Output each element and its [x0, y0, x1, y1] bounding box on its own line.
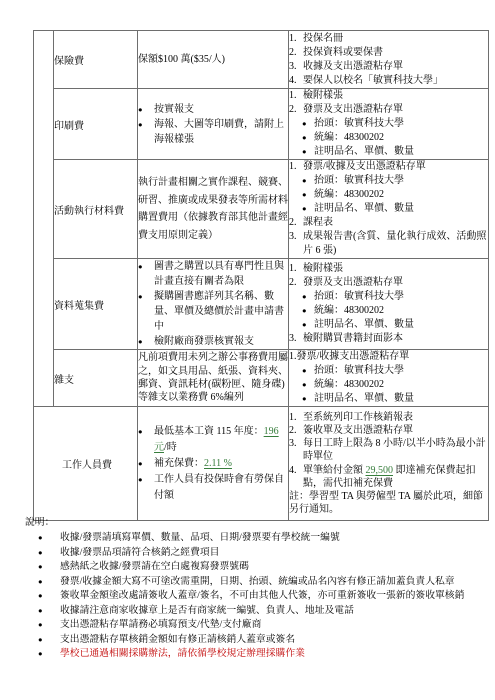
text-segment: 最低基本工資 115 年度： — [154, 426, 264, 437]
item-text: 註明品名、單價、數量 — [314, 392, 488, 406]
bullet-item: ●補充保費：2.11 % — [138, 456, 288, 472]
bullet-icon: ● — [38, 589, 60, 604]
category-cell: 保險費 — [54, 31, 138, 89]
text-segment: 註明品名、單價、數量 — [314, 393, 414, 404]
item-text: 擬購圖書應詳列其名稱、數量、單價及總價於計畫申請書中 — [154, 289, 288, 334]
category-cell: 雜支 — [54, 350, 138, 407]
item-number: 2. — [289, 46, 303, 60]
notes-item-text: 收據/發票品項請符合核銷之經費項目 — [60, 546, 488, 561]
bullet-icon: ● — [138, 117, 154, 132]
numbered-item: 1.發票/收據及支出憑證粘存單 — [289, 160, 488, 174]
notes-item-text: 簽收單金額塗改處請簽收人蓋章/簽名，不可由其他人代簽，亦可重新簽收一張新的簽收單… — [60, 589, 488, 604]
text-segment: 發票及支出憑證粘存單 — [303, 104, 403, 115]
notes-item-text: 收據請注意商家收據章上是否有商家統一編號、負責人、地址及電話 — [60, 604, 488, 619]
numbered-item: 1.檢附樣張 — [289, 89, 488, 103]
category-cell: 印刷費 — [54, 89, 138, 160]
item-number: 4. — [289, 464, 303, 477]
text-line: 1.發票/收據支出憑證粘存單 — [289, 350, 488, 364]
text-segment: 投保資料或要保書 — [303, 47, 383, 58]
item-text: 抬頭：敏實科技大學 — [314, 117, 488, 131]
text-segment: /時 — [164, 442, 177, 453]
text-segment: 發票/收據金額大寫不可塗改需重開，日期、抬頭、統編或品名內容有修正請加蓋負責人私… — [60, 576, 455, 587]
description-cell: 凡前項費用未列之辦公事務費用屬之，如文具用品、紙張、資料夾、郵資、資訊耗材(碳粉… — [138, 350, 289, 407]
text-segment: 按實報支 — [154, 104, 194, 115]
bullet-icon: ● — [138, 424, 154, 440]
bullet-icon: ● — [138, 334, 154, 349]
sub-bullet-item: ●註明品名、單價、數量 — [289, 145, 488, 159]
notes-title: 說明： — [25, 515, 488, 530]
text-segment: 統編：48300202 — [314, 189, 384, 200]
notes-item: ●收據/發票請填寫單價、數量、品項、日期/發票要有學校統一編號 — [25, 531, 488, 546]
numbered-item: 2.課程表 — [289, 216, 488, 230]
text-segment: 註：學習型 TA 與勞僱型 TA 屬於此項，細節另行通知。 — [289, 491, 483, 515]
text-segment: 檢附廠商發票核實報支 — [154, 336, 254, 347]
bullet-item: ●海報、大圖等印刷費，請附上海報樣張 — [138, 117, 288, 147]
notes-item-text: 支出憑證粘存單核銷金額如有修正請核銷人蓋章或簽名 — [60, 633, 488, 648]
notes-item-text: 收據/發票請填寫單價、數量、品項、日期/發票要有學校統一編號 — [60, 531, 488, 546]
numbered-item: 3.檢附購買書籍封面影本 — [289, 332, 488, 346]
document-page: 保險費保額$100 萬($35/人)1.投保名冊2.投保資料或要保書3.收據及支… — [0, 0, 495, 700]
bullet-icon: ● — [302, 145, 314, 159]
text-segment: 發票/收據及支出憑證粘存單 — [303, 161, 426, 172]
numbered-item: 3.每日工時上限為 8 小時/以半小時為最小計時單位 — [289, 437, 488, 463]
text-line: 保額$100 萬($35/人) — [138, 52, 288, 67]
bullet-icon: ● — [302, 174, 314, 188]
note-line: 註：學習型 TA 與勞僱型 TA 屬於此項，細節另行通知。 — [289, 490, 488, 516]
text-segment: 檢附樣張 — [303, 263, 343, 274]
sub-bullet-item: ●統編：48300202 — [289, 304, 488, 318]
text-segment: 每日工時上限為 8 小時/以半小時為最小計時單位 — [303, 438, 486, 462]
notes-item: ●支出憑證粘存單請務必填寫預支/代墊/支付廠商 — [25, 618, 488, 633]
item-text: 註明品名、單價、數量 — [314, 145, 488, 159]
bullet-icon: ● — [38, 647, 60, 662]
text-segment: 簽收單及支出憑證粘存單 — [303, 425, 413, 436]
text-segment: 統編：48300202 — [314, 132, 384, 143]
item-text: 抬頭：敏實科技大學 — [314, 174, 488, 188]
bullet-icon: ● — [302, 188, 314, 202]
item-number: 3. — [289, 60, 303, 74]
bullet-icon: ● — [138, 456, 154, 472]
sub-bullet-item: ●抬頭：敏實科技大學 — [289, 290, 488, 304]
category-cell: 活動執行材料費 — [54, 160, 138, 259]
numbered-item: 2.投保資料或要保書 — [289, 46, 488, 60]
text-segment: 要保人以校名「敏實科技大學」 — [303, 75, 443, 86]
item-number: 1. — [289, 262, 303, 276]
description-cell: ●最低基本工資 115 年度：196 元/時●補充保費：2.11 %●工作人員有… — [138, 407, 289, 521]
description-cell: 執行計畫相關之實作課程、競賽、研習、推廣或成果發表等所需材料購置費用（依據教育部… — [138, 160, 289, 259]
item-text: 按實報支 — [154, 102, 288, 117]
text-segment: 圖書之購置以具有專門性且與計畫直接有關者為限 — [154, 261, 284, 287]
item-text: 檢附樣張 — [303, 262, 488, 276]
text-segment: 投保名冊 — [303, 33, 343, 44]
item-text: 至系統列印工作核銷報表 — [303, 411, 488, 424]
notes-item: ●發票/收據金額大寫不可塗改需重開，日期、抬頭、統編或品名內容有修正請加蓋負責人… — [25, 575, 488, 590]
item-text: 統編：48300202 — [314, 378, 488, 392]
item-text: 成果報告書(含質、量化執行成效、活動照片 6 張) — [303, 230, 488, 258]
documentation-cell: 1.至系統列印工作核銷報表2.簽收單及支出憑證粘存單3.每日工時上限為 8 小時… — [289, 407, 489, 521]
text-segment: 保額$100 萬($35/人) — [138, 54, 225, 65]
text-segment: 至系統列印工作核銷報表 — [303, 412, 413, 423]
table-row: 雜支凡前項費用未列之辦公事務費用屬之，如文具用品、紙張、資料夾、郵資、資訊耗材(… — [34, 350, 489, 407]
category-cell: 工作人員費 — [34, 407, 138, 521]
text-segment: 凡前項費用未列之辦公事務費用屬之，如文具用品、紙張、資料夾、郵資、資訊耗材(碳粉… — [138, 352, 288, 403]
notes-list: ●收據/發票請填寫單價、數量、品項、日期/發票要有學校統一編號●收據/發票品項請… — [25, 531, 488, 662]
table-row: 工作人員費●最低基本工資 115 年度：196 元/時●補充保費：2.11 %●… — [34, 407, 489, 521]
table-row: 保險費保額$100 萬($35/人)1.投保名冊2.投保資料或要保書3.收據及支… — [34, 31, 489, 89]
item-text: 發票及支出憑證粘存單 — [303, 276, 488, 290]
item-text: 統編：48300202 — [314, 304, 488, 318]
item-text: 檢附廠商發票核實報支 — [154, 334, 288, 349]
numbered-item: 3.收據及支出憑證粘存單 — [289, 60, 488, 74]
bullet-item: ●按實報支 — [138, 102, 288, 117]
item-number: 2. — [289, 103, 303, 117]
green-highlight-segment: 2.11 % — [204, 458, 232, 469]
bullet-icon: ● — [138, 472, 154, 488]
sub-bullet-item: ●統編：48300202 — [289, 131, 488, 145]
item-number: 3. — [289, 437, 303, 450]
documentation-cell: 1.投保名冊2.投保資料或要保書3.收據及支出憑證粘存單4.要保人以校名「敏實科… — [289, 31, 489, 89]
item-number: 1. — [289, 32, 303, 46]
notes-item-text: 感熱紙之收據/發票請在空白處複寫發票號碼 — [60, 560, 488, 575]
text-segment: 簽收單金額塗改處請簽收人蓋章/簽名，不可由其他人代簽，亦可重新簽收一張新的簽收單… — [60, 590, 464, 601]
item-number: 1. — [289, 160, 303, 174]
text-segment: 工作人員有投保時會有勞保自付額 — [154, 474, 284, 501]
description-cell: ●圖書之購置以具有專門性且與計畫直接有關者為限●擬購圖書應詳列其名稱、數量、單價… — [138, 259, 289, 350]
bullet-item: ●工作人員有投保時會有勞保自付額 — [138, 472, 288, 504]
item-text: 投保名冊 — [303, 32, 488, 46]
sub-bullet-item: ●統編：48300202 — [289, 188, 488, 202]
bullet-icon: ● — [38, 546, 60, 561]
table-row: 資料蒐集費●圖書之購置以具有專門性且與計畫直接有關者為限●擬購圖書應詳列其名稱、… — [34, 259, 489, 350]
text-segment: 抬頭：敏實科技大學 — [314, 118, 404, 129]
notes-section: 說明： ●收據/發票請填寫單價、數量、品項、日期/發票要有學校統一編號●收據/發… — [25, 515, 488, 662]
numbered-item: 2.發票及支出憑證粘存單 — [289, 276, 488, 290]
item-number: 3. — [289, 230, 303, 244]
item-text: 註明品名、單價、數量 — [314, 318, 488, 332]
item-text: 投保資料或要保書 — [303, 46, 488, 60]
text-segment: 支出憑證粘存單請務必填寫預支/代墊/支付廠商 — [60, 619, 261, 630]
text-segment: 發票及支出憑證粘存單 — [303, 277, 403, 288]
item-text: 註明品名、單價、數量 — [314, 202, 488, 216]
text-segment: 擬購圖書應詳列其名稱、數量、單價及總價於計畫申請書中 — [154, 291, 284, 332]
notes-item: ●感熱紙之收據/發票請在空白處複寫發票號碼 — [25, 560, 488, 575]
item-text: 最低基本工資 115 年度：196 元/時 — [154, 424, 288, 456]
item-text: 單筆給付金額 29,500 即達補充保費起扣點，需代扣補充保費 — [303, 464, 488, 490]
text-segment: 檢附樣張 — [303, 90, 343, 101]
documentation-cell: 1.發票/收據支出憑證粘存單●抬頭：敏實科技大學●統編：48300202●註明品… — [289, 350, 489, 407]
text-segment: 統編：48300202 — [314, 379, 384, 390]
item-number: 2. — [289, 424, 303, 437]
item-number: 1. — [289, 411, 303, 424]
notes-item-text: 學校已通過相關採購辦法，請依循學校規定辦理採購作業 — [60, 647, 488, 662]
item-number: 2. — [289, 216, 303, 230]
documentation-cell: 1.檢附樣張2.發票及支出憑證粘存單●抬頭：敏實科技大學●統編：48300202… — [289, 259, 489, 350]
item-text: 抬頭：敏實科技大學 — [314, 290, 488, 304]
numbered-item: 2.發票及支出憑證粘存單 — [289, 103, 488, 117]
numbered-item: 2.簽收單及支出憑證粘存單 — [289, 424, 488, 437]
text-segment: 單筆給付金額 — [303, 465, 366, 476]
item-number: 1. — [289, 89, 303, 103]
bullet-icon: ● — [302, 290, 314, 304]
documentation-cell: 1.檢附樣張2.發票及支出憑證粘存單●抬頭：敏實科技大學●統編：48300202… — [289, 89, 489, 160]
text-segment: 課程表 — [303, 217, 333, 228]
text-segment: 執行計畫相關之實作課程、競賽、研習、推廣或成果發表等所需材料購置費用（依據教育部… — [138, 177, 288, 241]
numbered-item: 4.單筆給付金額 29,500 即達補充保費起扣點，需代扣補充保費 — [289, 464, 488, 490]
numbered-item: 4.要保人以校名「敏實科技大學」 — [289, 74, 488, 88]
item-text: 工作人員有投保時會有勞保自付額 — [154, 472, 288, 504]
item-text: 簽收單及支出憑證粘存單 — [303, 424, 488, 437]
sub-bullet-item: ●抬頭：敏實科技大學 — [289, 364, 488, 378]
text-segment: 註明品名、單價、數量 — [314, 203, 414, 214]
notes-item: ●收據/發票品項請符合核銷之經費項目 — [25, 546, 488, 561]
documentation-cell: 1.發票/收據及支出憑證粘存單●抬頭：敏實科技大學●統編：48300202●註明… — [289, 160, 489, 259]
table-row: 印刷費●按實報支●海報、大圖等印刷費，請附上海報樣張1.檢附樣張2.發票及支出憑… — [34, 89, 489, 160]
item-number: 3. — [289, 332, 303, 346]
expense-rules-table: 保險費保額$100 萬($35/人)1.投保名冊2.投保資料或要保書3.收據及支… — [33, 30, 489, 521]
text-segment: 抬頭：敏實科技大學 — [314, 175, 404, 186]
text-segment: 成果報告書(含質、量化執行成效、活動照片 6 張) — [303, 231, 486, 256]
item-text: 抬頭：敏實科技大學 — [314, 364, 488, 378]
bullet-icon: ● — [302, 318, 314, 332]
notes-item: ●支出憑證粘存單核銷金額如有修正請核銷人蓋章或簽名 — [25, 633, 488, 648]
text-line: 凡前項費用未列之辦公事務費用屬之，如文具用品、紙張、資料夾、郵資、資訊耗材(碳粉… — [138, 351, 288, 405]
table-row: 活動執行材料費執行計畫相關之實作課程、競賽、研習、推廣或成果發表等所需材料購置費… — [34, 160, 489, 259]
item-text: 要保人以校名「敏實科技大學」 — [303, 74, 488, 88]
sub-bullet-item: ●統編：48300202 — [289, 378, 488, 392]
text-segment: 統編：48300202 — [314, 305, 384, 316]
bullet-icon: ● — [138, 102, 154, 117]
bullet-icon: ● — [302, 392, 314, 406]
item-text: 檢附購買書籍封面影本 — [303, 332, 488, 346]
text-segment: 註明品名、單價、數量 — [314, 146, 414, 157]
text-segment: 支出憑證粘存單核銷金額如有修正請核銷人蓋章或簽名 — [60, 634, 295, 645]
bullet-icon: ● — [38, 633, 60, 648]
text-segment: 抬頭：敏實科技大學 — [314, 291, 404, 302]
text-segment: 感熱紙之收據/發票請在空白處複寫發票號碼 — [60, 561, 249, 572]
text-segment: 收據/發票品項請符合核銷之經費項目 — [60, 547, 219, 558]
bullet-icon: ● — [302, 304, 314, 318]
item-text: 收據及支出憑證粘存單 — [303, 60, 488, 74]
text-segment: 註明品名、單價、數量 — [314, 319, 414, 330]
bullet-icon: ● — [38, 618, 60, 633]
bullet-icon: ● — [302, 117, 314, 131]
bullet-item: ●圖書之購置以具有專門性且與計畫直接有關者為限 — [138, 259, 288, 289]
numbered-item: 3.成果報告書(含質、量化執行成效、活動照片 6 張) — [289, 230, 488, 258]
item-text: 發票及支出憑證粘存單 — [303, 103, 488, 117]
text-segment: 1.發票/收據支出憑證粘存單 — [289, 351, 409, 362]
group-spanner-cell — [34, 31, 54, 407]
item-text: 課程表 — [303, 216, 488, 230]
description-cell: 保額$100 萬($35/人) — [138, 31, 289, 89]
category-cell: 資料蒐集費 — [54, 259, 138, 350]
item-text: 圖書之購置以具有專門性且與計畫直接有關者為限 — [154, 259, 288, 289]
notes-item-text: 發票/收據金額大寫不可塗改需重開，日期、抬頭、統編或品名內容有修正請加蓋負責人私… — [60, 575, 488, 590]
sub-bullet-item: ●註明品名、單價、數量 — [289, 318, 488, 332]
bullet-icon: ● — [302, 202, 314, 216]
item-text: 統編：48300202 — [314, 188, 488, 202]
bullet-icon: ● — [38, 604, 60, 619]
notes-item: ●學校已通過相關採購辦法，請依循學校規定辦理採購作業 — [25, 647, 488, 662]
item-text: 補充保費：2.11 % — [154, 456, 288, 472]
bullet-item: ●檢附廠商發票核實報支 — [138, 334, 288, 349]
bullet-icon: ● — [38, 531, 60, 546]
sub-bullet-item: ●抬頭：敏實科技大學 — [289, 117, 488, 131]
red-highlight-segment: 學校已通過相關採購辦法，請依循學校規定辦理採購作業 — [60, 648, 305, 659]
item-text: 檢附樣張 — [303, 89, 488, 103]
sub-bullet-item: ●註明品名、單價、數量 — [289, 392, 488, 406]
item-number: 2. — [289, 276, 303, 290]
numbered-item: 1.檢附樣張 — [289, 262, 488, 276]
text-segment: 收據請注意商家收據章上是否有商家統一編號、負責人、地址及電話 — [60, 605, 354, 616]
text-segment: 檢附購買書籍封面影本 — [303, 333, 403, 344]
bullet-icon: ● — [302, 131, 314, 145]
text-segment: 收據/發票請填寫單價、數量、品項、日期/發票要有學校統一編號 — [60, 532, 340, 543]
notes-item: ●收據請注意商家收據章上是否有商家統一編號、負責人、地址及電話 — [25, 604, 488, 619]
bullet-icon: ● — [302, 364, 314, 378]
bullet-icon: ● — [302, 378, 314, 392]
bullet-item: ●最低基本工資 115 年度：196 元/時 — [138, 424, 288, 456]
sub-bullet-item: ●註明品名、單價、數量 — [289, 202, 488, 216]
text-segment: 收據及支出憑證粘存單 — [303, 61, 403, 72]
notes-item: ●簽收單金額塗改處請簽收人蓋章/簽名，不可由其他人代簽，亦可重新簽收一張新的簽收… — [25, 589, 488, 604]
item-text: 海報、大圖等印刷費，請附上海報樣張 — [154, 117, 288, 147]
description-cell: ●按實報支●海報、大圖等印刷費，請附上海報樣張 — [138, 89, 289, 160]
bullet-icon: ● — [138, 289, 154, 304]
item-text: 發票/收據及支出憑證粘存單 — [303, 160, 488, 174]
bullet-icon: ● — [138, 259, 154, 274]
item-number: 4. — [289, 74, 303, 88]
text-segment: 海報、大圖等印刷費，請附上海報樣張 — [154, 119, 284, 145]
bullet-icon: ● — [38, 575, 60, 590]
text-line: 執行計畫相關之實作課程、競賽、研習、推廣或成果發表等所需材料購置費用（依據教育部… — [138, 174, 288, 244]
bullet-icon: ● — [38, 560, 60, 575]
numbered-item: 1.至系統列印工作核銷報表 — [289, 411, 488, 424]
text-segment: 抬頭：敏實科技大學 — [314, 365, 404, 376]
item-text: 統編：48300202 — [314, 131, 488, 145]
sub-bullet-item: ●抬頭：敏實科技大學 — [289, 174, 488, 188]
text-segment: 補充保費： — [154, 458, 204, 469]
numbered-item: 1.投保名冊 — [289, 32, 488, 46]
bullet-item: ●擬購圖書應詳列其名稱、數量、單價及總價於計畫申請書中 — [138, 289, 288, 334]
item-text: 每日工時上限為 8 小時/以半小時為最小計時單位 — [303, 437, 488, 463]
notes-item-text: 支出憑證粘存單請務必填寫預支/代墊/支付廠商 — [60, 618, 488, 633]
expense-table-body: 保險費保額$100 萬($35/人)1.投保名冊2.投保資料或要保書3.收據及支… — [34, 31, 489, 521]
green-highlight-segment: 29,500 — [366, 465, 394, 476]
